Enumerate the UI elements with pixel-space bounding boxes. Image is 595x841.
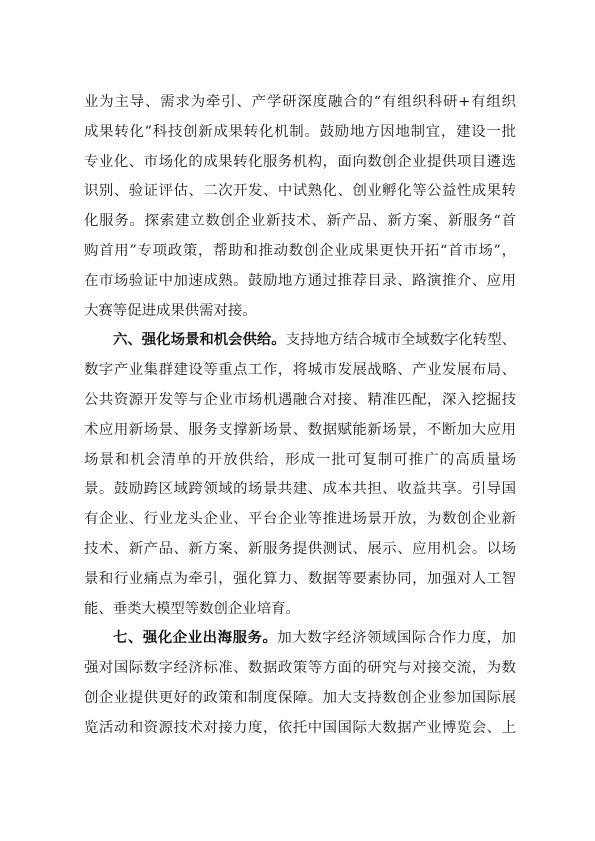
text-line: 场景和机会清单的开放供给，形成一批可复制可推广的高质量场 [84,446,516,476]
text-line: 景。鼓励跨区域跨领域的场景共建、成本共担、收益共享。引导国 [84,475,516,505]
text-line: 业为主导、需求为牵引、产学研深度融合的“有组织科研+有组织 [84,88,516,118]
text-line: 有企业、行业龙头企业、平台企业等推进场景开放，为数创企业新 [84,505,516,535]
text-line: 能、垂类大模型等数创企业培育。 [84,595,516,625]
document-body: 业为主导、需求为牵引、产学研深度融合的“有组织科研+有组织 成果转化”科技创新成… [84,88,516,744]
section-7-heading: 七、强化企业出海服务。 [113,630,277,646]
text-line: 景和行业痛点为牵引，强化算力、数据等要素协同，加强对人工智 [84,565,516,595]
text-line: 大赛等促进成果供需对接。 [84,297,516,327]
text-line: 识别、验证评估、二次开发、中试熟化、创业孵化等公益性成果转 [84,177,516,207]
text-line: 成果转化”科技创新成果转化机制。鼓励地方因地制宜，建设一批 [84,118,516,148]
section-7-paragraph: 七、强化企业出海服务。加大数字经济领域国际合作力度，加 强对国际数字经济标准、数… [84,624,516,743]
paragraph-continued: 业为主导、需求为牵引、产学研深度融合的“有组织科研+有组织 成果转化”科技创新成… [84,88,516,326]
text-line: 专业化、市场化的成果转化服务机构，面向数创企业提供项目遴选 [84,148,516,178]
text-line: 在市场验证中加速成熟。鼓励地方通过推荐目录、路演推介、应用 [84,267,516,297]
section-6-first-line-text: 支持地方结合城市全域数字化转型、 [286,332,516,348]
section-6-heading: 六、强化场景和机会供给。 [113,332,286,348]
text-line: 公共资源开发等与企业市场机遇融合对接、精准匹配，深入挖掘技 [84,386,516,416]
document-page: 业为主导、需求为牵引、产学研深度融合的“有组织科研+有组织 成果转化”科技创新成… [0,0,595,841]
text-line: 技术、新产品、新方案、新服务提供测试、展示、应用机会。以场 [84,535,516,565]
text-line: 化服务。探索建立数创企业新技术、新产品、新方案、新服务“首 [84,207,516,237]
text-line: 数字产业集群建设等重点工作，将城市发展战略、产业发展布局、 [84,356,516,386]
text-line: 购首用”专项政策，帮助和推动数创企业成果更快开拓“首市场”， [84,237,516,267]
section-7-first-line: 七、强化企业出海服务。加大数字经济领域国际合作力度，加 [84,624,516,654]
section-6-paragraph: 六、强化场景和机会供给。支持地方结合城市全域数字化转型、 数字产业集群建设等重点… [84,326,516,624]
section-6-first-line: 六、强化场景和机会供给。支持地方结合城市全域数字化转型、 [84,326,516,356]
text-line: 创企业提供更好的政策和制度保障。加大支持数创企业参加国际展 [84,684,516,714]
section-7-first-line-text: 加大数字经济领域国际合作力度，加 [277,630,516,646]
text-line: 强对国际数字经济标准、数据政策等方面的研究与对接交流，为数 [84,654,516,684]
text-line: 览活动和资源技术对接力度，依托中国国际大数据产业博览会、上 [84,714,516,744]
text-line: 术应用新场景、服务支撑新场景、数据赋能新场景，不断加大应用 [84,416,516,446]
